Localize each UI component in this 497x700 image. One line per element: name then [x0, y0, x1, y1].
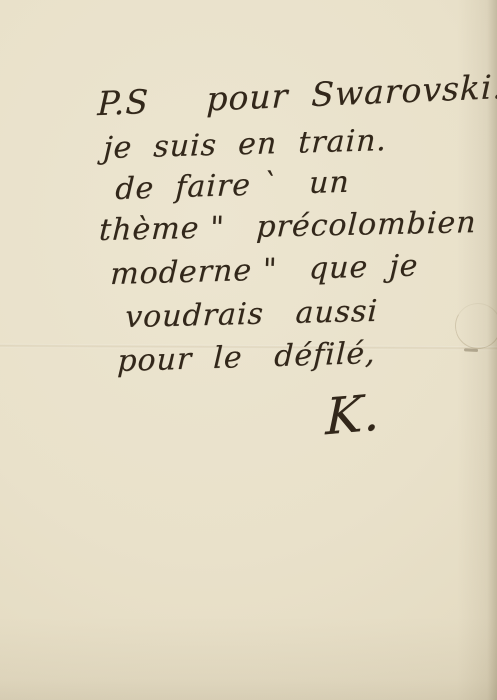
note-line: thème " précolombien [98, 205, 477, 248]
note-line-postscript: P.S pour Swarovski. [97, 67, 497, 123]
note-line: de faire ` un [115, 165, 351, 207]
note-line: pour le défilé, [117, 336, 377, 379]
note-line: voudrais aussi [124, 294, 378, 335]
signature: K. [325, 383, 381, 446]
note-line: je suis en train. [103, 123, 388, 166]
note-paper: P.S pour Swarovski. je suis en train. de… [0, 0, 497, 700]
note-line: moderne " que je [110, 248, 420, 292]
